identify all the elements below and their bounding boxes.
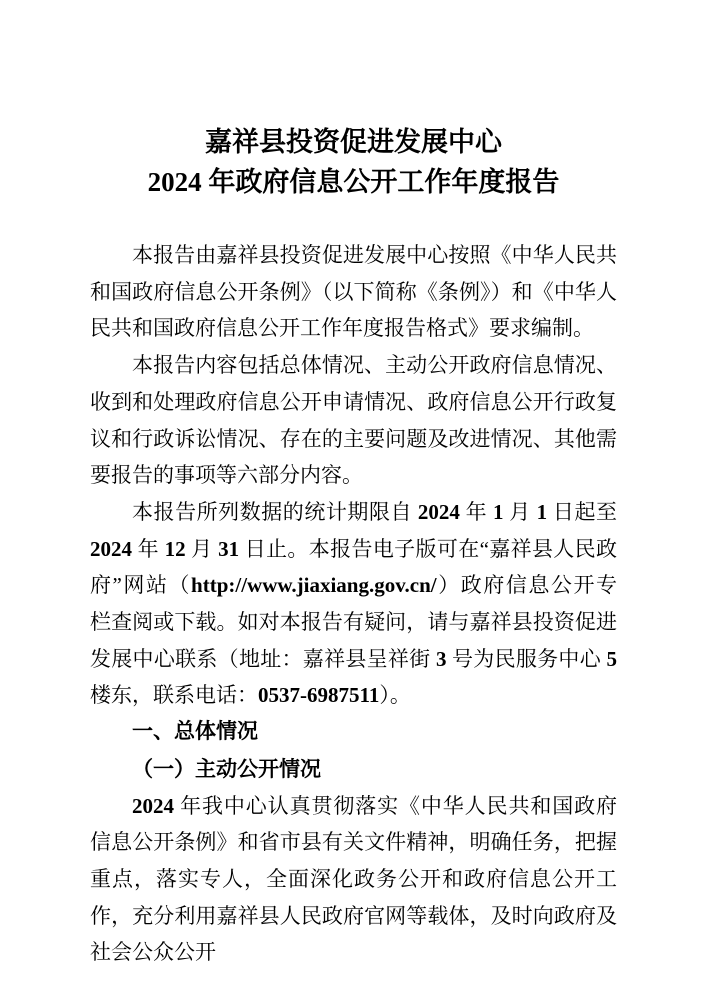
text-run: ）。 [379, 683, 411, 707]
heading-active-disclosure: （一）主动公开情况 [90, 751, 617, 788]
bold-text-run: 12 [165, 537, 186, 561]
paragraph-statistics-and-contact: 本报告所列数据的统计期限自 2024 年 1 月 1 日起至 2024 年 12… [90, 494, 617, 714]
document-page: 嘉祥县投资促进发展中心 2024 年政府信息公开工作年度报告 本报告由嘉祥县投资… [0, 0, 707, 999]
bold-text-run: 1 [537, 500, 548, 524]
text-run: 月 [504, 500, 537, 524]
text-run: 日起至 [547, 500, 617, 524]
text-run: 本报告内容包括总体情况、主动公开政府信息情况、收到和处理政府信息公开申请情况、政… [90, 353, 617, 487]
title-line-1: 嘉祥县投资促进发展中心 [90, 122, 617, 162]
document-title: 嘉祥县投资促进发展中心 2024 年政府信息公开工作年度报告 [90, 122, 617, 202]
phone-number-text: 0537-6987511 [258, 683, 379, 707]
paragraph-compilation-basis: 本报告由嘉祥县投资促进发展中心按照《中华人民共和国政府信息公开条例》（以下简称《… [90, 237, 617, 347]
bold-text-run: 2024 [418, 500, 460, 524]
paragraph-report-contents: 本报告内容包括总体情况、主动公开政府信息情况、收到和处理政府信息公开申请情况、政… [90, 347, 617, 494]
text-run: 年我中心认真贯彻落实《中华人民共和国政府信息公开条例》和省市县有关文件精神，明确… [90, 794, 617, 965]
website-url-text: http://www.jiaxiang.gov.cn/ [191, 573, 437, 597]
text-run: 本报告由嘉祥县投资促进发展中心按照《中华人民共和国政府信息公开条例》（以下简称《… [90, 243, 617, 340]
text-run: 年 [132, 537, 165, 561]
document-body: 嘉祥县投资促进发展中心 2024 年政府信息公开工作年度报告 本报告由嘉祥县投资… [90, 122, 617, 971]
heading-overall-situation: 一、总体情况 [90, 714, 617, 751]
bold-text-run: 31 [218, 537, 239, 561]
paragraph-active-disclosure: 2024 年我中心认真贯彻落实《中华人民共和国政府信息公开条例》和省市县有关文件… [90, 788, 617, 972]
title-line-2: 2024 年政府信息公开工作年度报告 [90, 162, 617, 202]
bold-text-run: 1 [493, 500, 504, 524]
text-run: 月 [186, 537, 219, 561]
text-run: 年 [460, 500, 493, 524]
bold-text-run: 2024 [90, 537, 132, 561]
bold-text-run: 5 [607, 647, 618, 671]
bold-text-run: 2024 [132, 794, 174, 818]
text-run: 楼东，联系电话： [90, 683, 258, 707]
text-run: 本报告所列数据的统计期限自 [132, 500, 418, 524]
bold-text-run: 3 [436, 647, 447, 671]
text-run: 号为民服务中心 [447, 647, 607, 671]
